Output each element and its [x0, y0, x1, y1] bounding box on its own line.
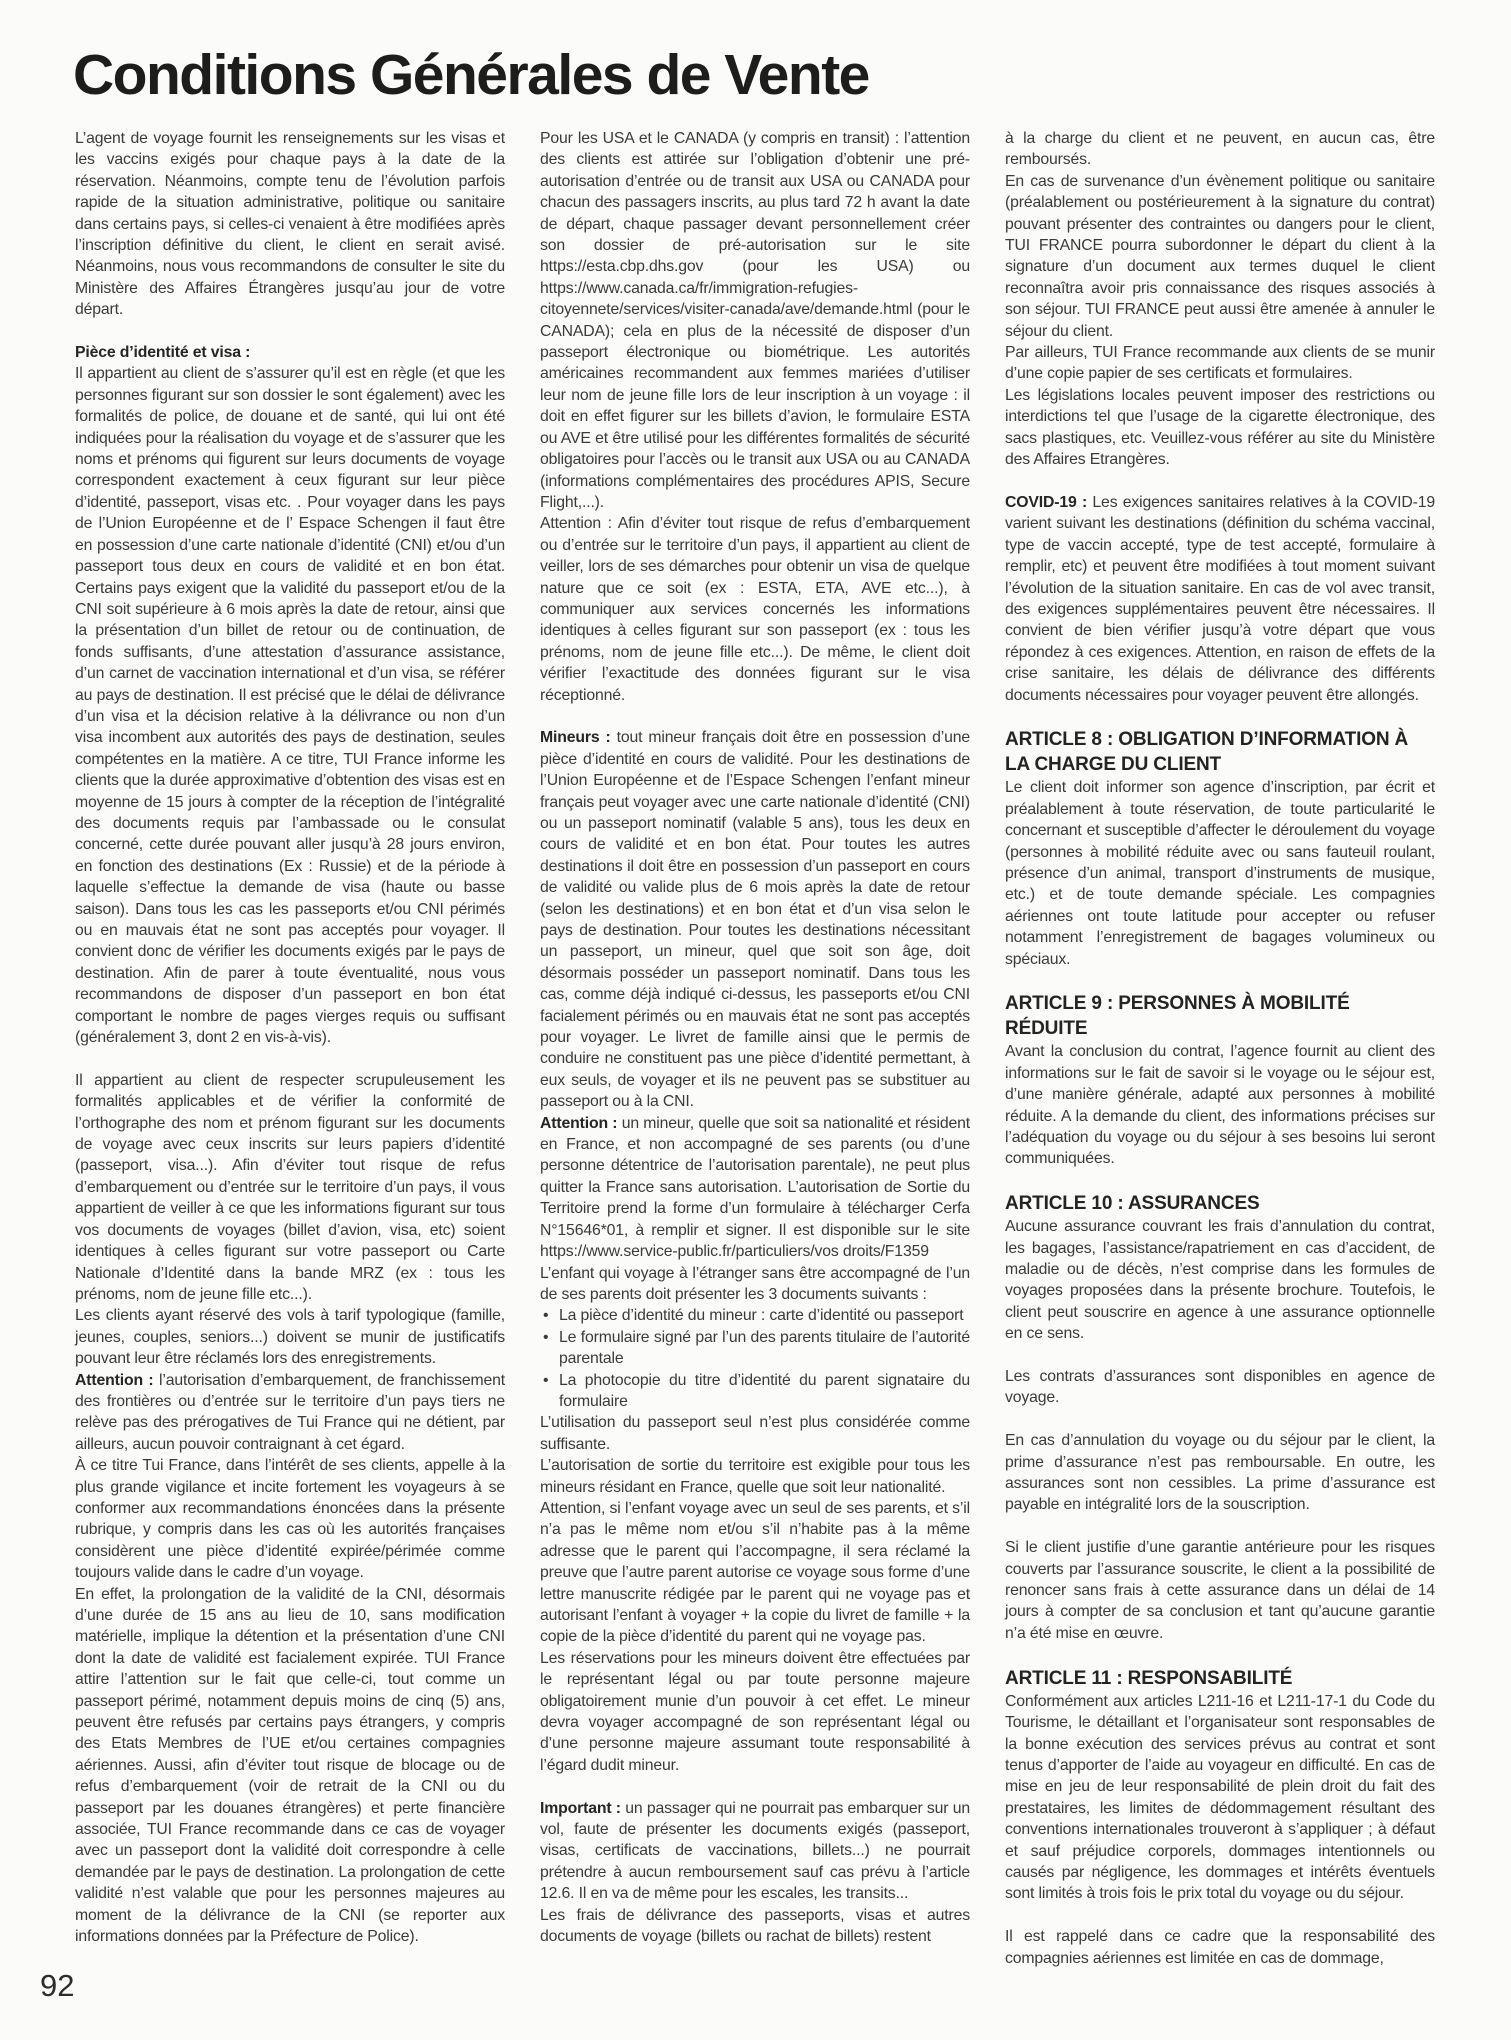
- text-column: Pour les USA et le CANADA (y compris en …: [540, 128, 970, 1969]
- paragraph-gap: [1005, 1644, 1435, 1665]
- text-column: à la charge du client et ne peuvent, en …: [1005, 128, 1435, 1969]
- paragraph: L’agent de voyage fournit les renseignem…: [75, 128, 505, 321]
- paragraph: Les législations locales peuvent imposer…: [1005, 385, 1435, 471]
- paragraph-lead: Attention :: [540, 1115, 622, 1132]
- section-heading: Pièce d’identité et visa :: [75, 342, 505, 363]
- paragraph: En cas d’annulation du voyage ou du séjo…: [1005, 1430, 1435, 1516]
- paragraph: L’enfant qui voyage à l’étranger sans êt…: [540, 1263, 970, 1306]
- paragraph: Attention, si l’enfant voyage avec un se…: [540, 1498, 970, 1648]
- paragraph: à la charge du client et ne peuvent, en …: [1005, 128, 1435, 171]
- article-heading: ARTICLE 10 : ASSURANCES: [1005, 1191, 1435, 1216]
- bullet-item: La photocopie du titre d’identité du par…: [540, 1370, 970, 1413]
- paragraph: Si le client justifie d’une garantie ant…: [1005, 1537, 1435, 1644]
- paragraph-gap: [1005, 1345, 1435, 1366]
- paragraph-lead: COVID-19 :: [1005, 494, 1092, 511]
- article-heading: ARTICLE 8 : OBLIGATION D’INFORMATION À L…: [1005, 727, 1435, 777]
- paragraph: Par ailleurs, TUI France recommande aux …: [1005, 342, 1435, 385]
- page-number: 92: [40, 1968, 74, 2004]
- paragraph-gap: [1005, 970, 1435, 991]
- paragraph: Il est rappelé dans ce cadre que la resp…: [1005, 1926, 1435, 1969]
- paragraph: L’autorisation de sortie du territoire e…: [540, 1455, 970, 1498]
- article-heading: ARTICLE 11 : RESPONSABILITÉ: [1005, 1666, 1435, 1691]
- paragraph-gap: [75, 321, 505, 342]
- paragraph: En effet, la prolongation de la validité…: [75, 1584, 505, 1948]
- paragraph: Les frais de délivrance des passeports, …: [540, 1905, 970, 1948]
- paragraph: Conformément aux articles L211-16 et L21…: [1005, 1691, 1435, 1905]
- paragraph: Les clients ayant réservé des vols à tar…: [75, 1305, 505, 1369]
- paragraph: L’utilisation du passeport seul n’est pl…: [540, 1412, 970, 1455]
- paragraph-gap: [1005, 1516, 1435, 1537]
- paragraph: COVID-19 : Les exigences sanitaires rela…: [1005, 492, 1435, 706]
- paragraph: En cas de survenance d’un évènement poli…: [1005, 171, 1435, 342]
- paragraph-gap: [540, 1776, 970, 1797]
- paragraph: Aucune assurance couvrant les frais d’an…: [1005, 1216, 1435, 1344]
- paragraph-lead: Attention :: [75, 1372, 159, 1389]
- paragraph: Pour les USA et le CANADA (y compris en …: [540, 128, 970, 513]
- text-column: L’agent de voyage fournit les renseignem…: [75, 128, 505, 1969]
- paragraph-gap: [540, 706, 970, 727]
- paragraph-lead: Mineurs :: [540, 729, 617, 746]
- bullet-item: La pièce d’identité du mineur : carte d’…: [540, 1305, 970, 1326]
- text-columns: L’agent de voyage fournit les renseignem…: [75, 128, 1435, 1969]
- paragraph: Avant la conclusion du contrat, l’agence…: [1005, 1041, 1435, 1169]
- paragraph: Le client doit informer son agence d’ins…: [1005, 777, 1435, 970]
- paragraph-gap: [1005, 1170, 1435, 1191]
- paragraph-gap: [1005, 706, 1435, 727]
- bullet-item: Le formulaire signé par l’un des parents…: [540, 1327, 970, 1370]
- paragraph: Important : un passager qui ne pourrait …: [540, 1798, 970, 1905]
- article-heading: ARTICLE 9 : PERSONNES À MOBILITÉ RÉDUITE: [1005, 991, 1435, 1041]
- paragraph-gap: [1005, 1905, 1435, 1926]
- paragraph: Attention : un mineur, quelle que soit s…: [540, 1113, 970, 1263]
- paragraph-gap: [1005, 471, 1435, 492]
- paragraph-gap: [1005, 1409, 1435, 1430]
- paragraph: Attention : l’autorisation d’embarquemen…: [75, 1370, 505, 1456]
- paragraph-gap: [75, 1048, 505, 1069]
- paragraph: Les réservations pour les mineurs doiven…: [540, 1648, 970, 1776]
- paragraph: À ce titre Tui France, dans l’intérêt de…: [75, 1455, 505, 1583]
- paragraph: Il appartient au client de s’assurer qu’…: [75, 363, 505, 1048]
- paragraph-lead: Important :: [540, 1800, 625, 1817]
- paragraph: Mineurs : tout mineur français doit être…: [540, 727, 970, 1112]
- paragraph: Attention : Afin d’éviter tout risque de…: [540, 513, 970, 706]
- page-title: Conditions Générales de Vente: [73, 42, 869, 108]
- paragraph: Les contrats d’assurances sont disponibl…: [1005, 1366, 1435, 1409]
- paragraph: Il appartient au client de respecter scr…: [75, 1070, 505, 1305]
- document-page: Conditions Générales de Vente L’agent de…: [0, 0, 1511, 2040]
